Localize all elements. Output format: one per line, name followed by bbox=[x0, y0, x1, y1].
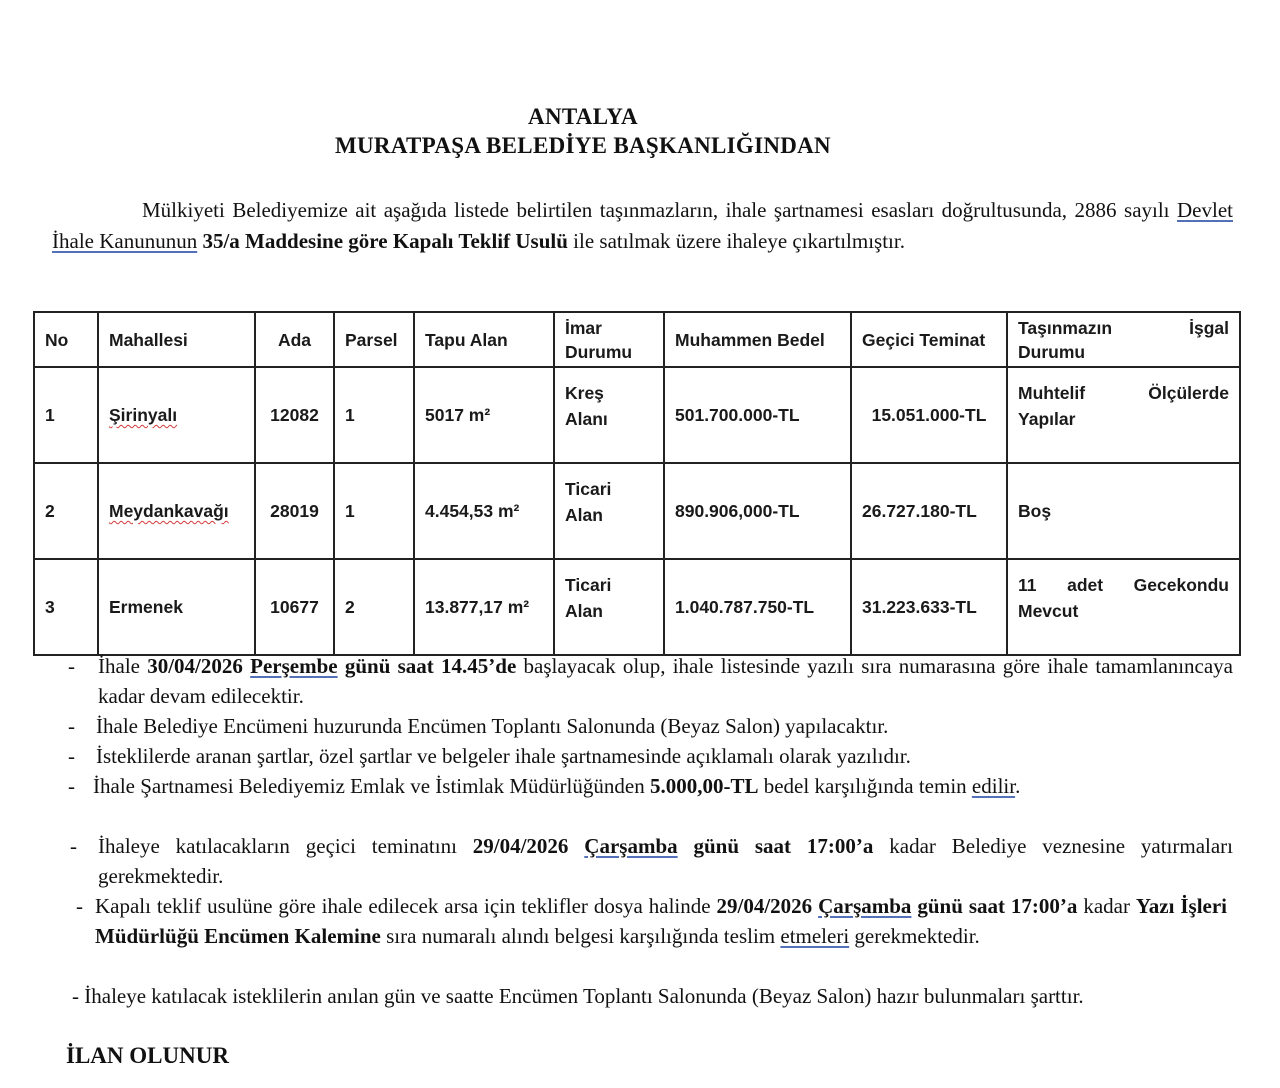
col-muhammen-bedel: Muhammen Bedel bbox=[664, 312, 851, 367]
bullet-dash: - bbox=[68, 651, 75, 681]
cell-gecici: 26.727.180-TL bbox=[851, 463, 1007, 559]
condition-item: - İhale 30/04/2026 Perşembe günü saat 14… bbox=[0, 651, 1280, 711]
cell-mahallesi: Meydankavağı bbox=[98, 463, 255, 559]
header-institution: MURATPAŞA BELEDİYE BAŞKANLIĞINDAN bbox=[0, 133, 1166, 159]
mahallesi-name: Şirinyalı bbox=[109, 405, 177, 425]
col-isgal-durumu: Taşınmazınİşgal Durumu bbox=[1007, 312, 1240, 367]
col-isgal-l2: Durumu bbox=[1018, 340, 1229, 364]
bullet-dash: - bbox=[70, 831, 77, 861]
isgal-l1m: adet bbox=[1067, 572, 1103, 598]
imar-l2: Alan bbox=[565, 502, 653, 528]
bullet-dash: - bbox=[68, 771, 75, 801]
weekday: Çarşamba bbox=[818, 894, 911, 918]
text: İhaleye katılacak isteklilerin anılan gü… bbox=[84, 984, 1083, 1008]
text: sıra numaralı alındı belgesi karşılığınd… bbox=[381, 924, 781, 948]
isgal-l2: Yapılar bbox=[1018, 406, 1229, 432]
cell-isgal: 11adetGecekondu Mevcut bbox=[1007, 559, 1240, 655]
cell-muhammen: 501.700.000-TL bbox=[664, 367, 851, 463]
col-ada: Ada bbox=[255, 312, 334, 367]
cell-mahallesi: Şirinyalı bbox=[98, 367, 255, 463]
cell-mahallesi: Ermenek bbox=[98, 559, 255, 655]
col-gecici-teminat: Geçici Teminat bbox=[851, 312, 1007, 367]
cell-ada: 10677 bbox=[255, 559, 334, 655]
weekday: Çarşamba bbox=[584, 834, 677, 858]
text: edilir bbox=[972, 774, 1015, 798]
cell-no: 2 bbox=[34, 463, 98, 559]
text: İhale bbox=[98, 654, 147, 678]
mahallesi-name: Meydankavağı bbox=[109, 501, 229, 521]
cell-tapu-alan: 4.454,53 m² bbox=[414, 463, 554, 559]
cell-tapu-alan: 13.877,17 m² bbox=[414, 559, 554, 655]
imar-l1: Ticari bbox=[565, 476, 653, 502]
bullet-dash: - bbox=[68, 711, 75, 741]
col-no: No bbox=[34, 312, 98, 367]
date: 29/04/2026 bbox=[473, 834, 569, 858]
closing-statement: İLAN OLUNUR bbox=[66, 1043, 229, 1069]
cell-isgal: Boş bbox=[1007, 463, 1240, 559]
condition-item: - İhale Şartnamesi Belediyemiz Emlak ve … bbox=[0, 771, 1280, 831]
text: İhaleye katılacakların geçici teminatını bbox=[98, 834, 473, 858]
cell-muhammen: 890.906,000-TL bbox=[664, 463, 851, 559]
col-parsel: Parsel bbox=[334, 312, 414, 367]
header-city: ANTALYA bbox=[0, 104, 1166, 130]
text: kadar bbox=[1077, 894, 1136, 918]
condition-item: - Kapalı teklif usulüne göre ihale edile… bbox=[0, 891, 1280, 981]
cell-gecici: 31.223.633-TL bbox=[851, 559, 1007, 655]
text: bedel karşılığında temin bbox=[758, 774, 971, 798]
property-table: No Mahallesi Ada Parsel Tapu Alan İmarDu… bbox=[33, 311, 1241, 656]
table-header-row: No Mahallesi Ada Parsel Tapu Alan İmarDu… bbox=[34, 312, 1240, 367]
col-isgal-l1b: İşgal bbox=[1189, 316, 1229, 340]
text: İhale Şartnamesi Belediyemiz Emlak ve İs… bbox=[93, 774, 650, 798]
condition-text: Kapalı teklif usulüne göre ihale edilece… bbox=[95, 891, 1227, 951]
time: günü saat 17:00’a bbox=[911, 894, 1077, 918]
cell-tapu-alan: 5017 m² bbox=[414, 367, 554, 463]
condition-text: İsteklilerde aranan şartlar, özel şartla… bbox=[96, 741, 1236, 771]
conditions-list: - İhale 30/04/2026 Perşembe günü saat 14… bbox=[0, 651, 1280, 1041]
col-imar-durumu: İmarDurumu bbox=[554, 312, 664, 367]
condition-text: İhale Şartnamesi Belediyemiz Emlak ve İs… bbox=[93, 771, 1193, 801]
date: 30/04/2026 bbox=[147, 654, 243, 678]
intro-paragraph: Mülkiyeti Belediyemize ait aşağıda liste… bbox=[52, 195, 1233, 256]
bullet-dash: - bbox=[76, 891, 83, 921]
table-row: 3 Ermenek 10677 2 13.877,17 m² TicariAla… bbox=[34, 559, 1240, 655]
condition-item: - İhaleye katılacakların geçici teminatı… bbox=[0, 831, 1280, 891]
text: etmeleri bbox=[780, 924, 849, 948]
col-imar-l2: Durumu bbox=[565, 340, 653, 364]
bullet-dash: - bbox=[72, 984, 79, 1008]
cell-ada: 12082 bbox=[255, 367, 334, 463]
date: 29/04/2026 bbox=[716, 894, 812, 918]
cell-isgal: MuhtelifÖlçülerde Yapılar bbox=[1007, 367, 1240, 463]
cell-parsel: 1 bbox=[334, 463, 414, 559]
condition-text: İhale Belediye Encümeni huzurunda Encüme… bbox=[96, 711, 1236, 741]
time: günü saat 14.45’de bbox=[338, 654, 517, 678]
time: günü saat 17:00’a bbox=[678, 834, 874, 858]
text: gerekmektedir. bbox=[849, 924, 980, 948]
article-reference: 35/a Maddesine göre Kapalı Teklif Usulü bbox=[197, 229, 568, 253]
col-isgal-l1a: Taşınmazın bbox=[1018, 316, 1112, 340]
cell-ada: 28019 bbox=[255, 463, 334, 559]
intro-text: Mülkiyeti Belediyemize ait aşağıda liste… bbox=[142, 198, 1177, 222]
imar-l1: Kreş bbox=[565, 380, 653, 406]
imar-l2: Alan bbox=[565, 598, 653, 624]
cell-no: 3 bbox=[34, 559, 98, 655]
condition-text: İhaleye katılacakların geçici teminatını… bbox=[98, 831, 1233, 891]
cell-imar: TicariAlan bbox=[554, 559, 664, 655]
cell-parsel: 2 bbox=[334, 559, 414, 655]
intro-text-end: ile satılmak üzere ihaleye çıkartılmıştı… bbox=[568, 229, 905, 253]
text: Kapalı teklif usulüne göre ihale edilece… bbox=[95, 894, 716, 918]
isgal-l1b: Ölçülerde bbox=[1148, 380, 1229, 406]
imar-l1: Ticari bbox=[565, 572, 653, 598]
condition-text: İhale 30/04/2026 Perşembe günü saat 14.4… bbox=[98, 651, 1233, 711]
col-tapu-alan: Tapu Alan bbox=[414, 312, 554, 367]
table-row: 2 Meydankavağı 28019 1 4.454,53 m² Ticar… bbox=[34, 463, 1240, 559]
condition-item: - İhaleye katılacak isteklilerin anılan … bbox=[0, 981, 1280, 1041]
cell-imar: TicariAlan bbox=[554, 463, 664, 559]
col-mahallesi: Mahallesi bbox=[98, 312, 255, 367]
condition-item: - İsteklilerde aranan şartlar, özel şart… bbox=[0, 741, 1280, 771]
text: . bbox=[1015, 774, 1020, 798]
fee: 5.000,00-TL bbox=[650, 774, 759, 798]
table-row: 1 Şirinyalı 12082 1 5017 m² KreşAlanı 50… bbox=[34, 367, 1240, 463]
cell-gecici: 15.051.000-TL bbox=[851, 367, 1007, 463]
condition-text: - İhaleye katılacak isteklilerin anılan … bbox=[20, 981, 1233, 1011]
isgal-l1a: Muhtelif bbox=[1018, 380, 1085, 406]
cell-imar: KreşAlanı bbox=[554, 367, 664, 463]
isgal-l1b: Gecekondu bbox=[1134, 572, 1229, 598]
cell-no: 1 bbox=[34, 367, 98, 463]
cell-muhammen: 1.040.787.750-TL bbox=[664, 559, 851, 655]
col-imar-l1: İmar bbox=[565, 316, 653, 340]
isgal-l2: Mevcut bbox=[1018, 598, 1229, 624]
isgal-l1a: 11 bbox=[1018, 572, 1037, 598]
weekday: Perşembe bbox=[250, 654, 337, 678]
bullet-dash: - bbox=[68, 741, 75, 771]
cell-parsel: 1 bbox=[334, 367, 414, 463]
condition-item: - İhale Belediye Encümeni huzurunda Encü… bbox=[0, 711, 1280, 741]
imar-l2: Alanı bbox=[565, 406, 653, 432]
